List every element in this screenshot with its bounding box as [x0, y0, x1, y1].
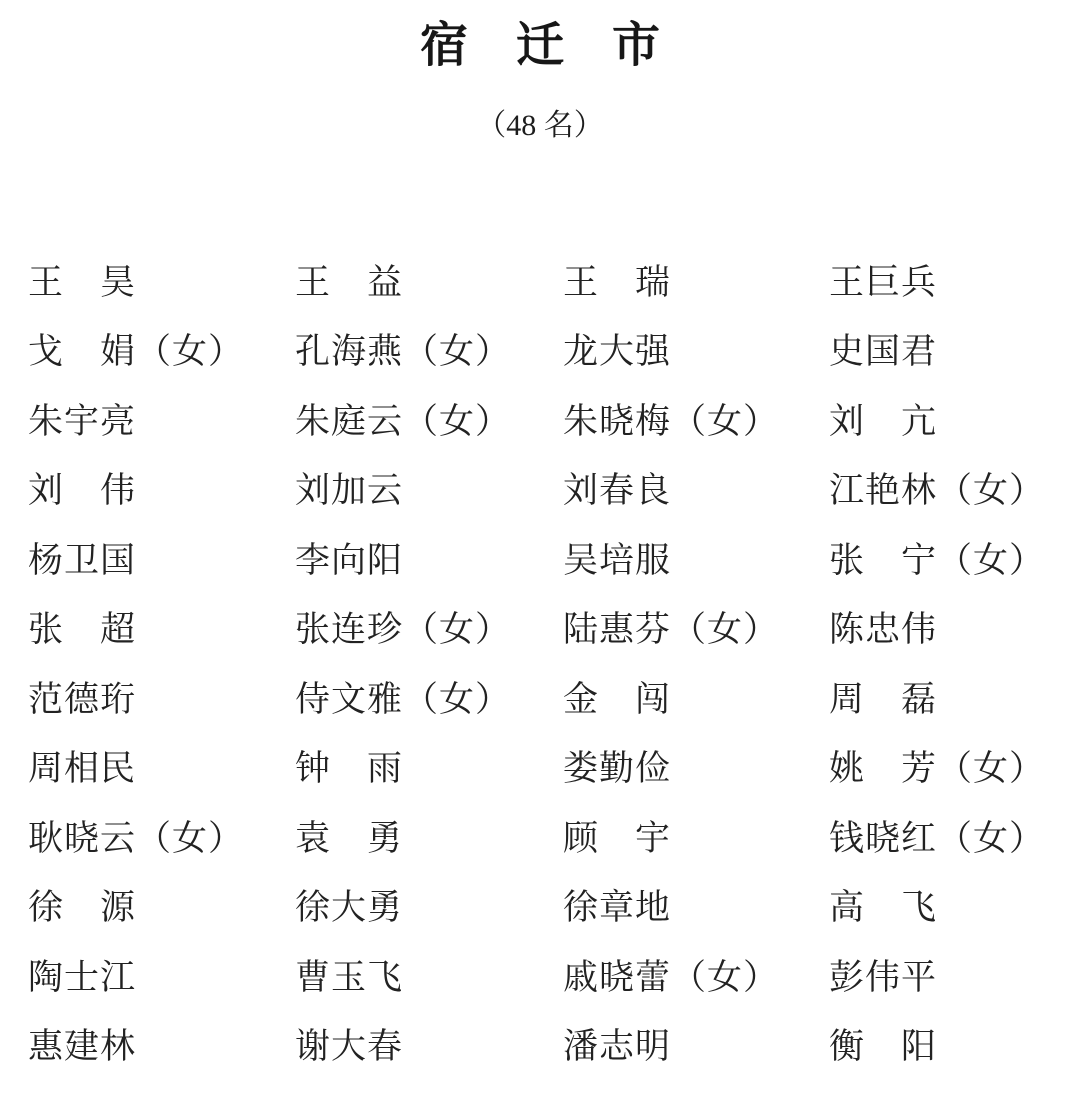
name-row: 刘 伟 刘加云 刘春良 江艳林（女） — [28, 454, 1064, 524]
name-cell: 惠建林 — [28, 1010, 295, 1080]
name-cell: 孔海燕（女） — [295, 315, 563, 385]
name-row: 周相民 钟 雨 娄勤俭 姚 芳（女） — [28, 732, 1064, 802]
name-row: 耿晓云（女） 袁 勇 顾 宇 钱晓红（女） — [28, 801, 1064, 871]
name-cell: 刘春良 — [563, 454, 829, 524]
name-cell: 王巨兵 — [829, 245, 1064, 315]
name-row: 张 超 张连珍（女） 陆惠芬（女） 陈忠伟 — [28, 593, 1064, 663]
name-cell: 顾 宇 — [563, 801, 829, 871]
name-cell: 陈忠伟 — [829, 593, 1064, 663]
name-cell: 陶士江 — [28, 940, 295, 1010]
name-cell: 张连珍（女） — [295, 593, 563, 663]
name-cell: 钟 雨 — [295, 732, 563, 802]
name-cell: 江艳林（女） — [829, 454, 1064, 524]
name-cell: 衡 阳 — [829, 1010, 1064, 1080]
name-row: 朱宇亮 朱庭云（女） 朱晓梅（女） 刘 亢 — [28, 384, 1064, 454]
name-row: 陶士江 曹玉飞 戚晓蕾（女） 彭伟平 — [28, 940, 1064, 1010]
name-cell: 杨卫国 — [28, 523, 295, 593]
name-row: 范德珩 侍文雅（女） 金 闯 周 磊 — [28, 662, 1064, 732]
name-cell: 曹玉飞 — [295, 940, 563, 1010]
name-cell: 陆惠芬（女） — [563, 593, 829, 663]
name-cell: 戈 娟（女） — [28, 315, 295, 385]
count-subtitle: （48 名） — [0, 109, 1080, 142]
name-cell: 朱晓梅（女） — [563, 384, 829, 454]
name-cell: 戚晓蕾（女） — [563, 940, 829, 1010]
name-cell: 张 宁（女） — [829, 523, 1064, 593]
name-cell: 朱庭云（女） — [295, 384, 563, 454]
name-cell: 袁 勇 — [295, 801, 563, 871]
page-title: 宿 迁 市 — [0, 0, 1080, 73]
name-cell: 周 磊 — [829, 662, 1064, 732]
name-cell: 张 超 — [28, 593, 295, 663]
name-cell: 李向阳 — [295, 523, 563, 593]
name-cell: 徐大勇 — [295, 871, 563, 941]
name-cell: 徐章地 — [563, 871, 829, 941]
name-row: 惠建林 谢大春 潘志明 衡 阳 — [28, 1010, 1064, 1080]
name-cell: 谢大春 — [295, 1010, 563, 1080]
name-cell: 耿晓云（女） — [28, 801, 295, 871]
name-cell: 刘 伟 — [28, 454, 295, 524]
name-cell: 高 飞 — [829, 871, 1064, 941]
name-cell: 周相民 — [28, 732, 295, 802]
name-cell: 王 益 — [295, 245, 563, 315]
name-row: 王 昊 王 益 王 瑞 王巨兵 — [28, 245, 1064, 315]
name-row: 杨卫国 李向阳 吴培服 张 宁（女） — [28, 523, 1064, 593]
name-cell: 姚 芳（女） — [829, 732, 1064, 802]
name-cell: 刘 亢 — [829, 384, 1064, 454]
name-list: 王 昊 王 益 王 瑞 王巨兵 戈 娟（女） 孔海燕（女） 龙大强 史国君 朱宇… — [28, 245, 1064, 1079]
name-row: 戈 娟（女） 孔海燕（女） 龙大强 史国君 — [28, 315, 1064, 385]
name-cell: 金 闯 — [563, 662, 829, 732]
name-cell: 彭伟平 — [829, 940, 1064, 1010]
name-cell: 朱宇亮 — [28, 384, 295, 454]
name-cell: 王 昊 — [28, 245, 295, 315]
name-row: 徐 源 徐大勇 徐章地 高 飞 — [28, 871, 1064, 941]
name-cell: 刘加云 — [295, 454, 563, 524]
name-cell: 范德珩 — [28, 662, 295, 732]
name-cell: 潘志明 — [563, 1010, 829, 1080]
name-cell: 徐 源 — [28, 871, 295, 941]
name-cell: 侍文雅（女） — [295, 662, 563, 732]
name-cell: 吴培服 — [563, 523, 829, 593]
name-cell: 钱晓红（女） — [829, 801, 1064, 871]
document-page: 宿 迁 市 （48 名） 王 昊 王 益 王 瑞 王巨兵 戈 娟（女） 孔海燕（… — [0, 0, 1080, 1093]
name-cell: 史国君 — [829, 315, 1064, 385]
name-cell: 王 瑞 — [563, 245, 829, 315]
name-cell: 龙大强 — [563, 315, 829, 385]
name-cell: 娄勤俭 — [563, 732, 829, 802]
